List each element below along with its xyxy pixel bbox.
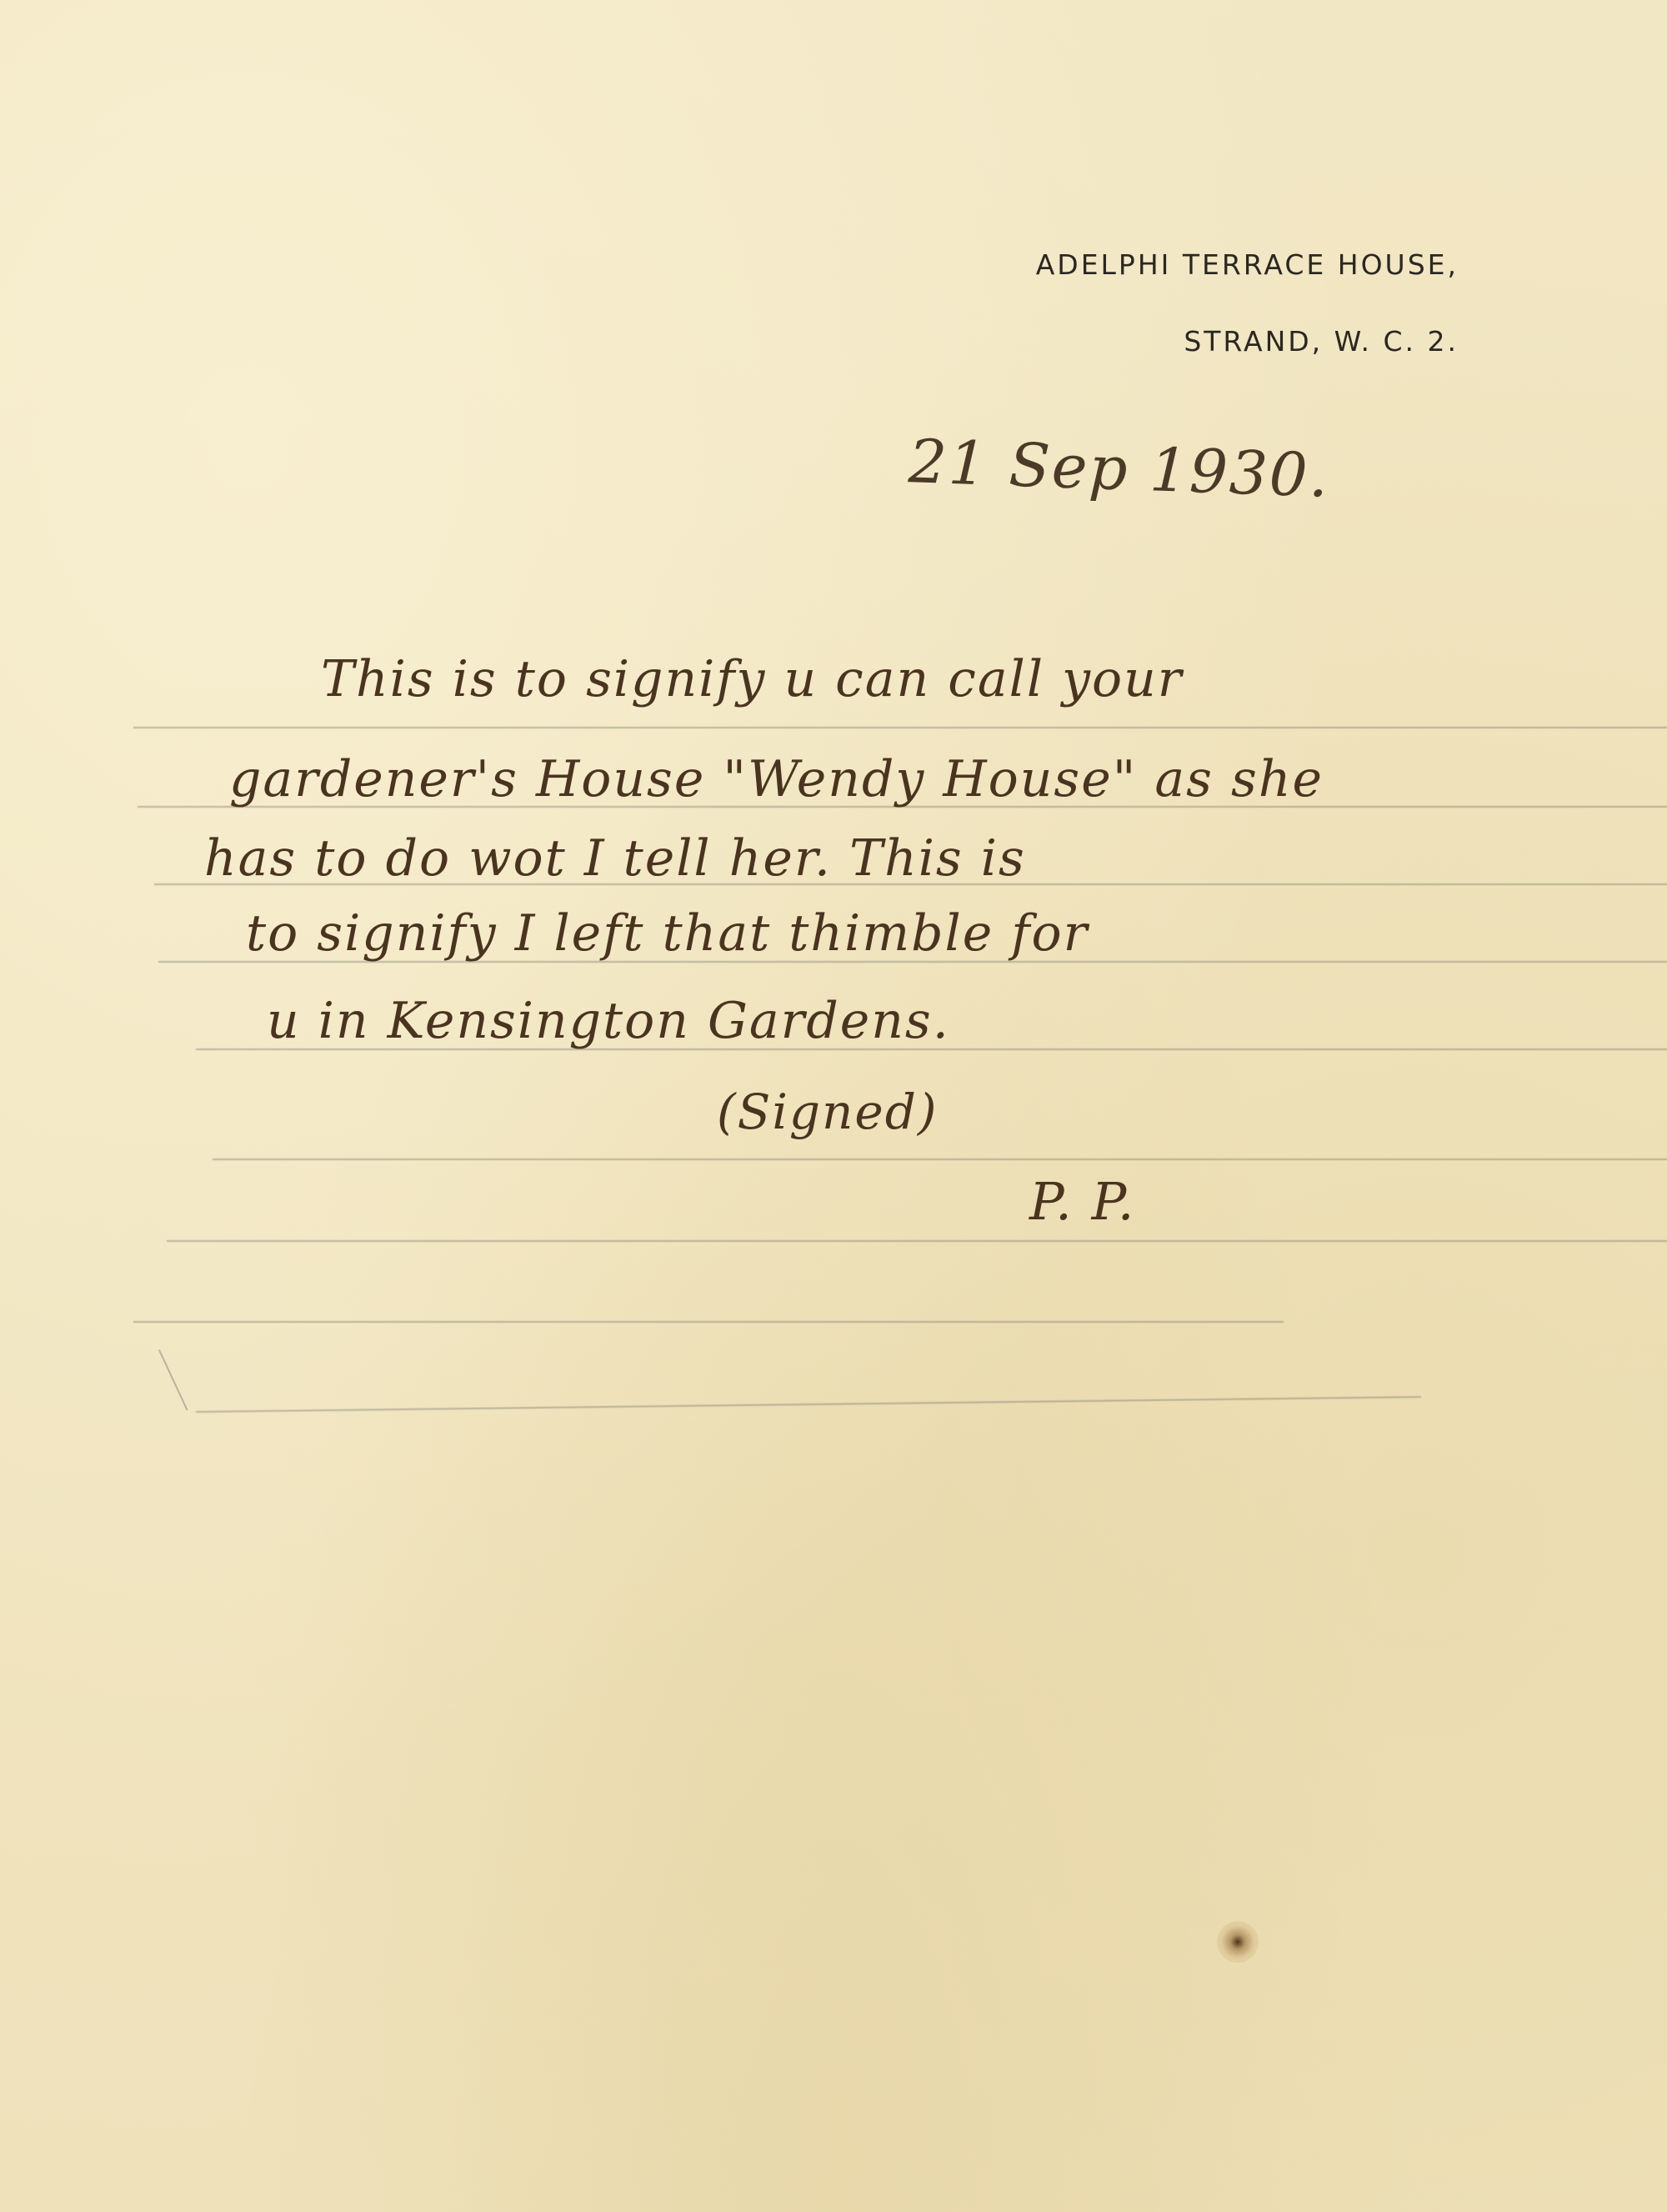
pencil-rule <box>133 1321 1284 1323</box>
body-line-3: has to do wot I tell her. This is <box>204 829 1026 888</box>
body-line-5: u in Kensington Gardens. <box>267 992 950 1050</box>
body-line-2: gardener's House "Wendy House" as she <box>229 750 1324 808</box>
letterhead-address-line-2: STRAND, W. C. 2. <box>1184 325 1459 358</box>
signature-initials: P. P. <box>1029 1171 1135 1232</box>
ink-stain <box>1217 1921 1259 1963</box>
body-line-4: to signify I left that thimble for <box>246 904 1089 963</box>
pencil-rule <box>133 727 1667 728</box>
signed-note: (Signed) <box>717 1083 938 1140</box>
letterhead-address-line-1: ADELPHI TERRACE HOUSE, <box>1036 248 1459 281</box>
pencil-rule <box>213 1159 1667 1160</box>
body-line-1: This is to signify u can call your <box>321 650 1183 708</box>
pencil-rule <box>167 1240 1667 1242</box>
handwritten-date: 21 Sep 1930. <box>908 426 1331 511</box>
